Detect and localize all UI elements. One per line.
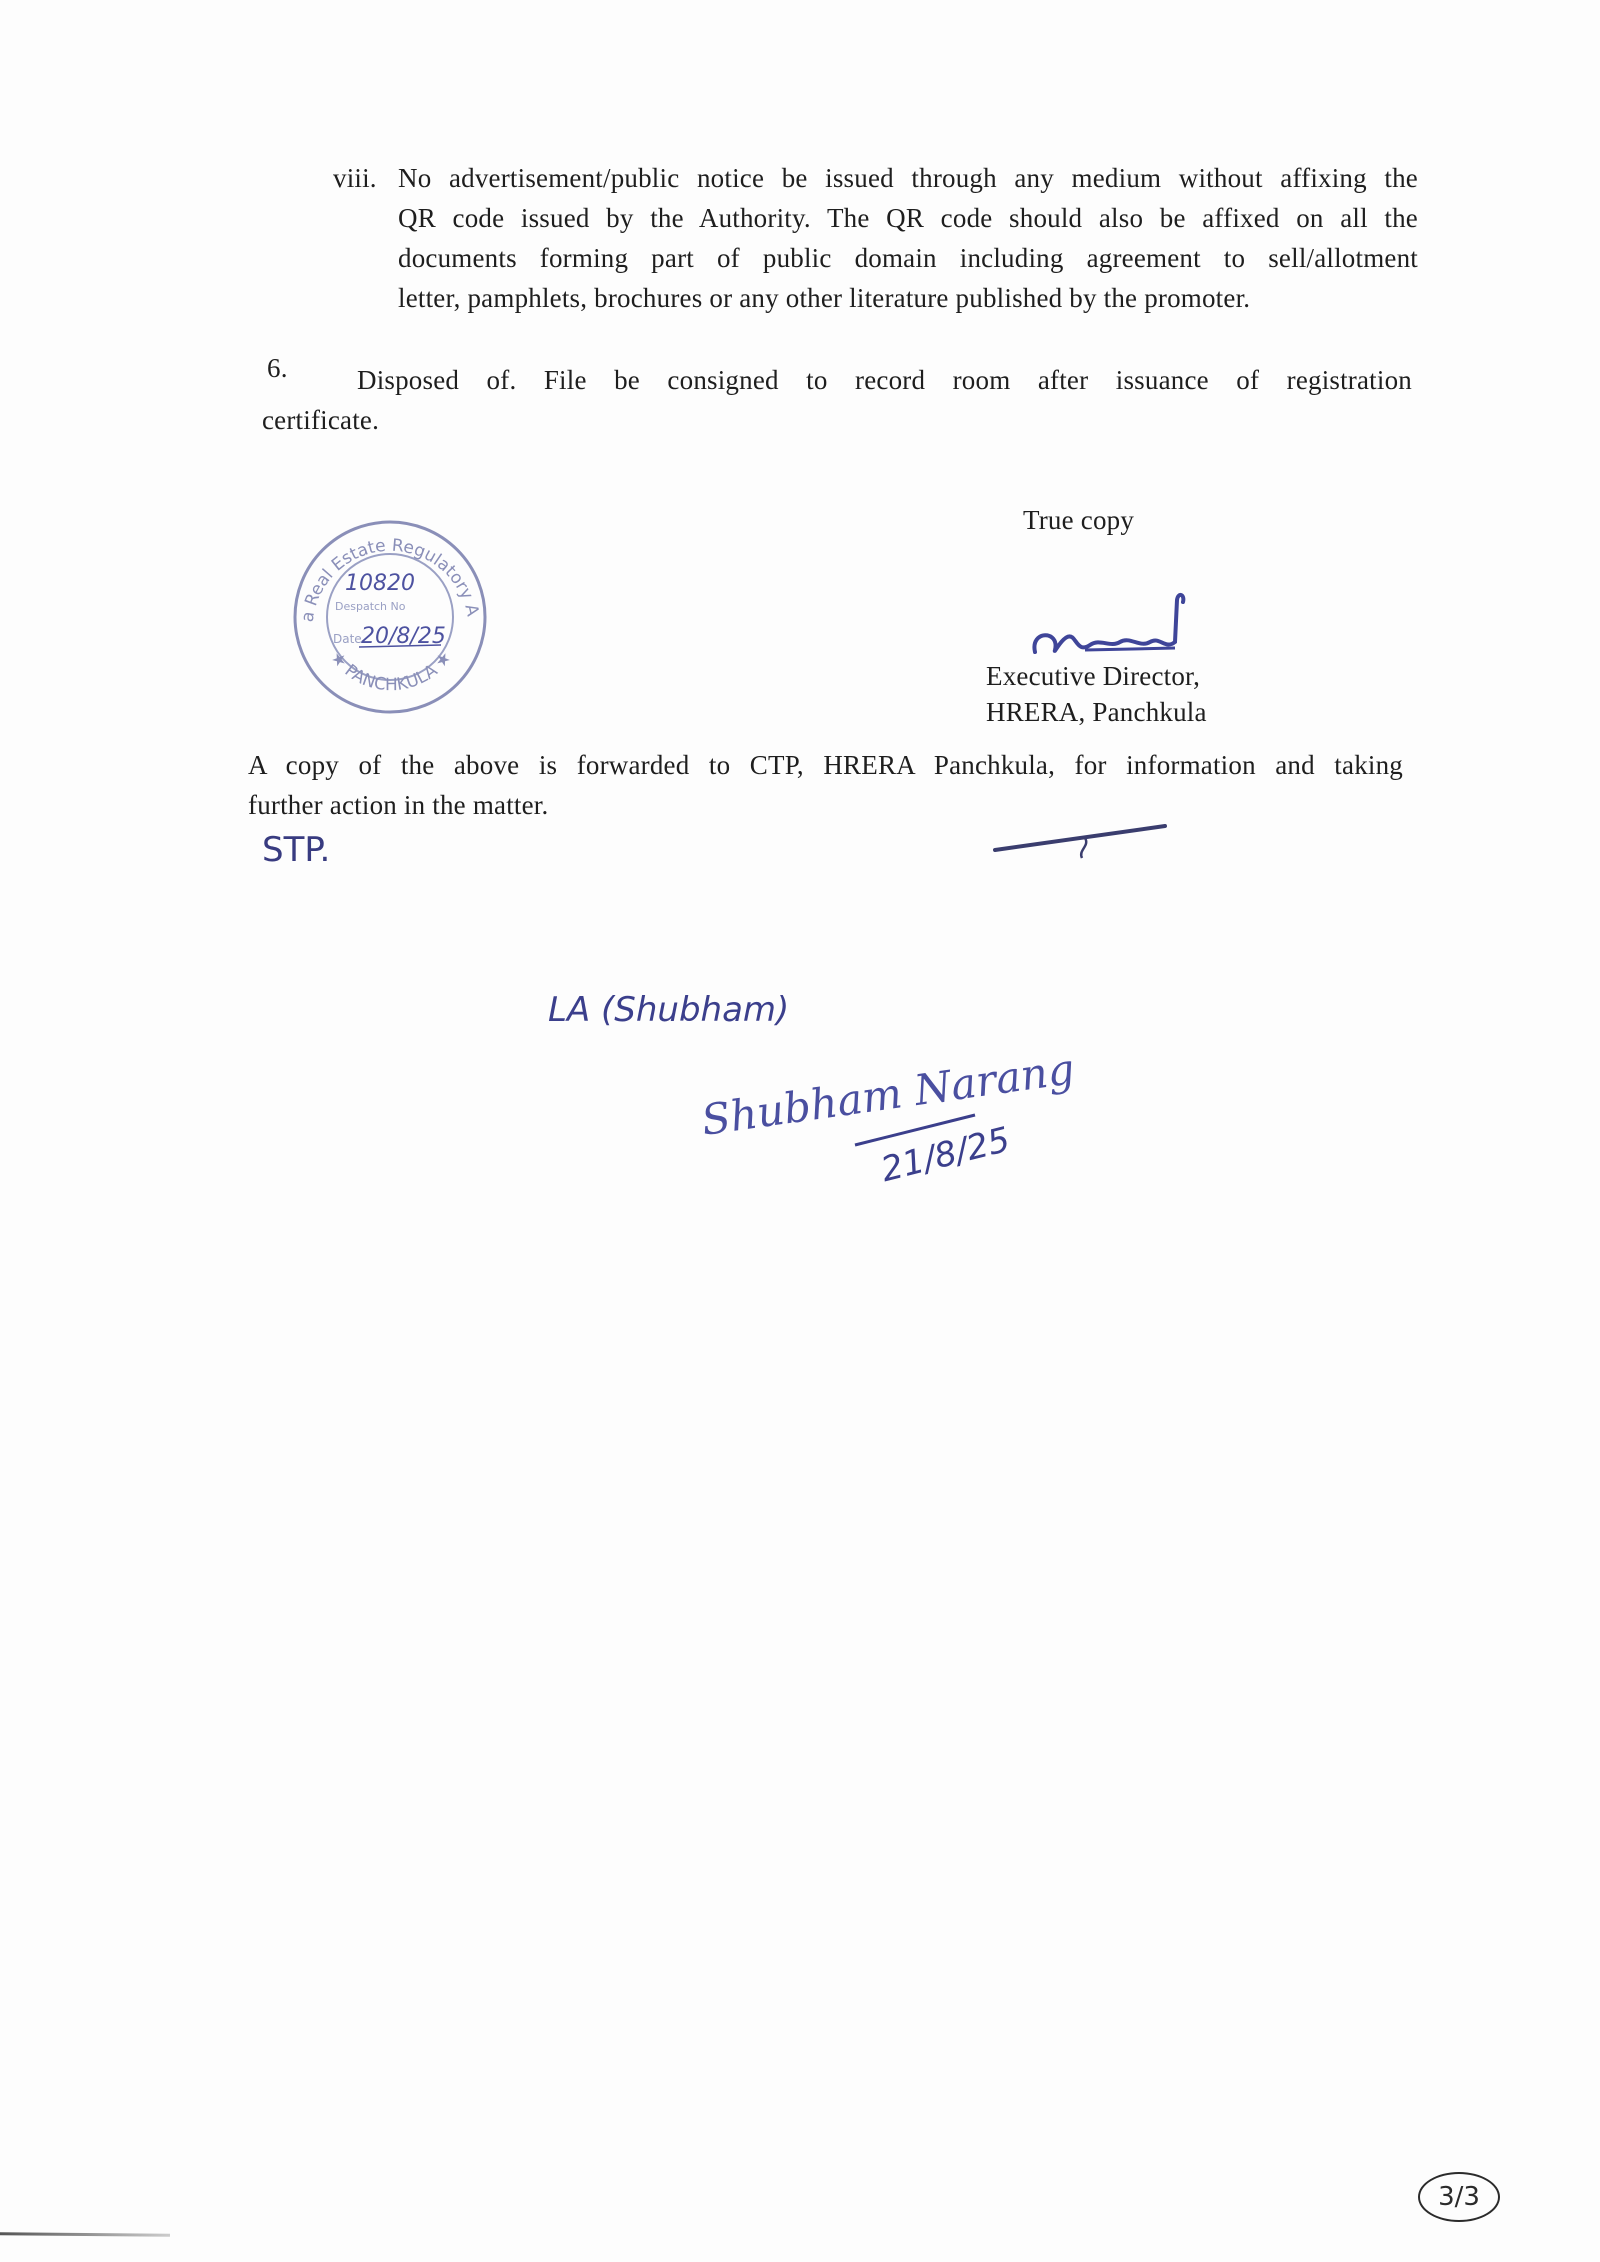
svg-text:★ PANCHKULA ★: ★ PANCHKULA ★ (326, 648, 456, 695)
svg-text:Date: Date (333, 632, 362, 646)
svg-text:Despatch No: Despatch No (335, 600, 406, 613)
despatch-stamp: Haryana Real Estate Regulatory Authority… (283, 515, 498, 715)
forwarding-line-1: A copy of the above is forwarded to CTP,… (248, 745, 1403, 785)
page-number: 3/3 (1418, 2172, 1500, 2222)
stamp-seal-icon: Haryana Real Estate Regulatory Authority… (283, 515, 498, 715)
forwarding-line-2: further action in the matter. (248, 785, 1403, 825)
initials-mark (990, 818, 1170, 868)
item-viii-line: No advertisement/public notice be issued… (398, 158, 1418, 198)
para-6-line-2: certificate. (262, 400, 379, 440)
item-viii-line: documents forming part of public domain … (398, 238, 1418, 278)
document-page: viii. No advertisement/public notice be … (0, 0, 1600, 2262)
para-6-number: 6. (267, 348, 288, 388)
item-viii-line: QR code issued by the Authority. The QR … (398, 198, 1418, 238)
signatory-org: HRERA, Panchkula (986, 694, 1207, 730)
item-viii-line: letter, pamphlets, brochures or any othe… (398, 278, 1418, 318)
para-6-line-1: Disposed of. File be consigned to record… (357, 360, 1412, 400)
handwritten-stp-note: STP. (262, 830, 330, 870)
item-viii-number: viii. (333, 158, 377, 198)
svg-text:10820: 10820 (345, 571, 415, 596)
handwritten-la-note: LA (Shubham) (548, 990, 789, 1030)
scan-edge-line (0, 2232, 170, 2236)
signatory-title: Executive Director, (986, 658, 1207, 694)
signatory-block: Executive Director, HRERA, Panchkula (986, 658, 1207, 730)
forwarding-note: A copy of the above is forwarded to CTP,… (248, 745, 1403, 825)
item-viii-text: No advertisement/public notice be issued… (398, 158, 1418, 318)
true-copy-label: True copy (1023, 500, 1134, 540)
